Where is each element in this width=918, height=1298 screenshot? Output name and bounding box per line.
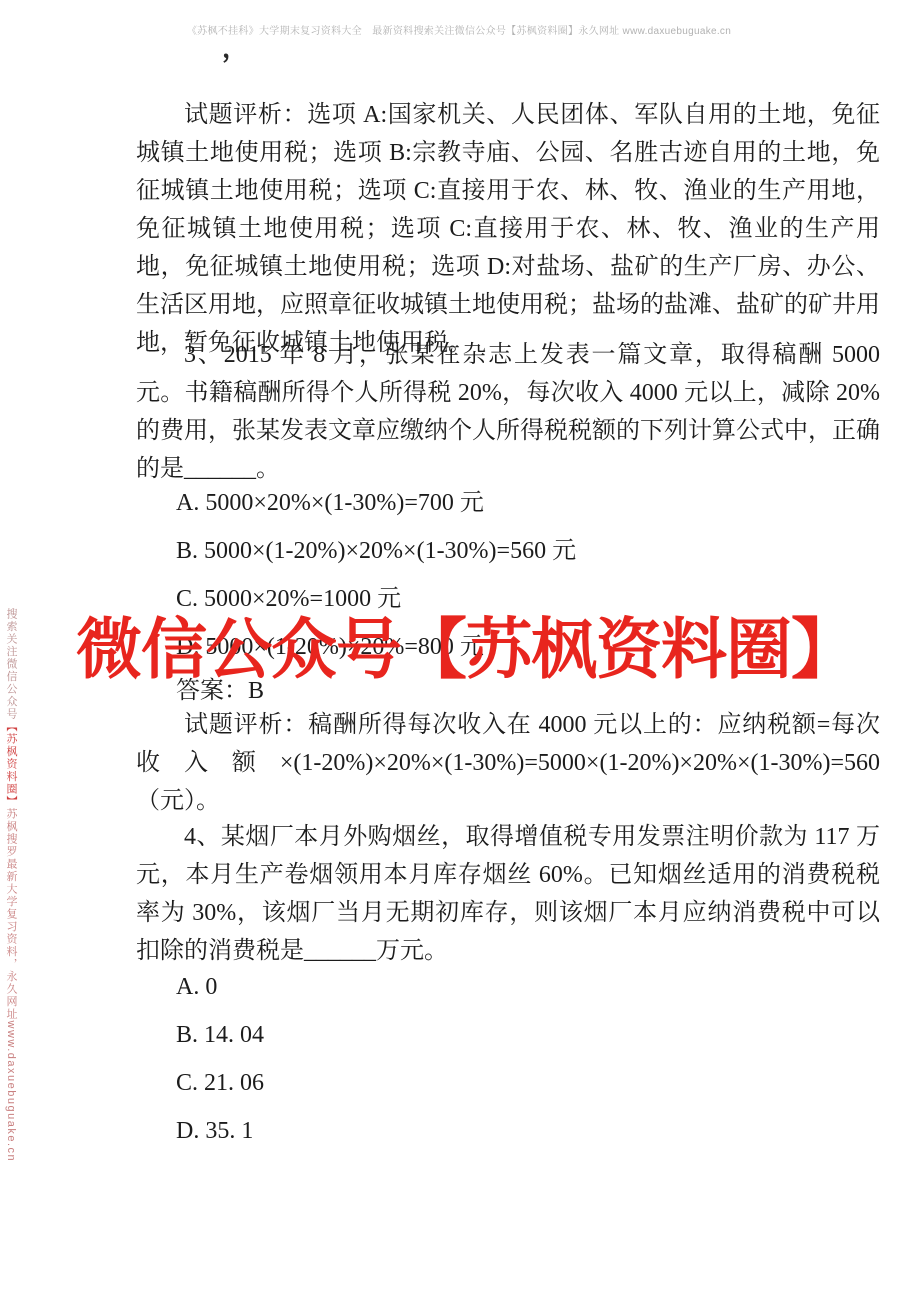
left-margin-vertical-note: 搜索关注微信公众号【苏枫资料圈】苏枫搜罗最新大学复习资料，永久网址www.dax… <box>3 608 19 1162</box>
wechat-watermark-overlay: 微信公众号【苏枫资料圈】 <box>76 596 856 691</box>
side-note-brand: 【苏枫资料圈】 <box>5 721 17 809</box>
question4-stem: 4、某烟厂本月外购烟丝，取得增值税专用发票注明价款为 117 万元，本月生产卷烟… <box>136 818 880 970</box>
question4-option-a: A. 0 <box>136 968 918 1006</box>
side-note-suffix: 苏枫搜罗最新大学复习资料，永久网址www.daxuebuguake.cn <box>5 808 17 1162</box>
question3-analysis-paragraph: 试题评析：稿酬所得每次收入在 4000 元以上的：应纳税额=每次收入额×(1-2… <box>136 706 880 820</box>
question2-analysis-paragraph: 试题评析：选项 A:国家机关、人民团体、军队自用的土地，免征城镇土地使用税；选项… <box>136 96 880 362</box>
question3-option-b: B. 5000×(1-20%)×20%×(1-30%)=560 元 <box>136 532 918 570</box>
document-page: 《苏枫不挂科》大学期末复习资料大全 最新资料搜索关注微信公众号【苏枫资料圈】永久… <box>0 0 918 1298</box>
question3-option-a: A. 5000×20%×(1-30%)=700 元 <box>136 484 918 522</box>
question3-stem: 3、2015 年 8 月，张某在杂志上发表一篇文章，取得稿酬 5000 元。书籍… <box>136 336 880 488</box>
side-note-prefix: 搜索关注微信公众号 <box>5 608 17 721</box>
question4-option-c: C. 21. 06 <box>136 1064 918 1102</box>
page-header-note: 《苏枫不挂科》大学期末复习资料大全 最新资料搜索关注微信公众号【苏枫资料圈】永久… <box>0 22 918 37</box>
question4-option-b: B. 14. 04 <box>136 1016 918 1054</box>
question4-option-d: D. 35. 1 <box>136 1112 918 1150</box>
stray-comma: ， <box>222 28 248 65</box>
